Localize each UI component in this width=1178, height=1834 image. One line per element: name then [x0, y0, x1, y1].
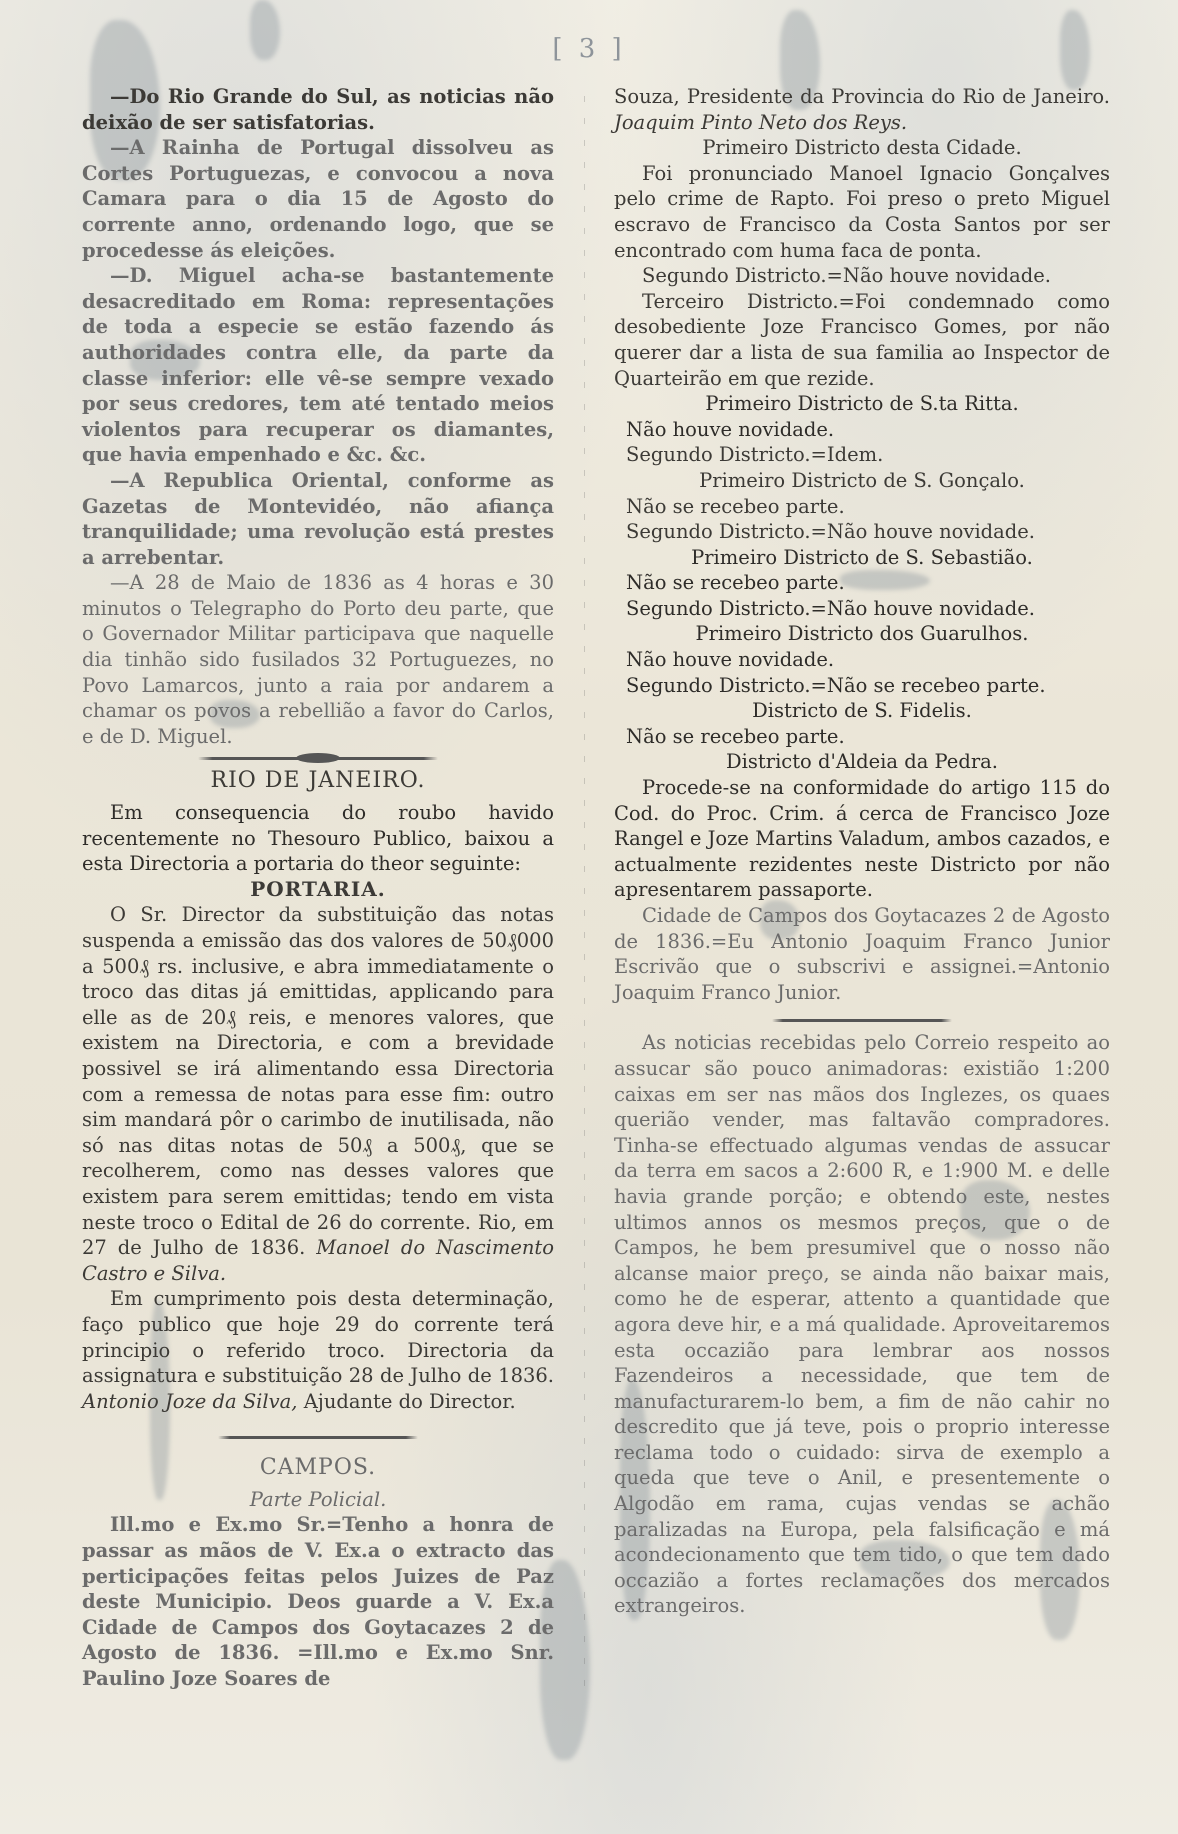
district-entry: Procede-se na conformidade do artigo 115… [614, 775, 1110, 903]
district-title: Districto d'Aldeia da Pedra. [614, 749, 1110, 775]
news-item: —A 28 de Maio de 1836 as 4 horas e 30 mi… [82, 570, 554, 749]
news-item: —A Republica Oriental, conforme as Gazet… [82, 468, 554, 570]
followup-body: Em cumprimento pois desta determinação, … [82, 1287, 554, 1387]
news-item: —A Rainha de Portugal dissolveu as Corte… [82, 135, 554, 263]
right-column: Souza, Presidente da Provincia do Rio de… [614, 84, 1110, 1619]
continuation-body: Souza, Presidente da Provincia do Rio de… [614, 85, 1110, 108]
sugar-news: As noticias recebidas pelo Correio respe… [614, 1030, 1110, 1619]
portaria-title: PORTARIA. [82, 877, 554, 903]
section-heading-rio: RIO DE JANEIRO. [82, 768, 554, 794]
district-title: Districto de S. Fidelis. [614, 698, 1110, 724]
district-title: Primeiro Districto de S. Gonçalo. [614, 468, 1110, 494]
followup-title: Ajudante do Director. [304, 1390, 516, 1413]
district-entry: Segundo Districto.=Idem. [614, 442, 1110, 468]
district-entry: Não se recebeo parte. [614, 570, 1110, 596]
section-divider [218, 1436, 418, 1439]
rio-intro: Em consequencia do roubo havido recentem… [82, 800, 554, 877]
continuation-text: Souza, Presidente da Provincia do Rio de… [614, 84, 1110, 135]
district-entry: Segundo Districto.=Não houve novidade. [614, 263, 1110, 289]
news-item: —D. Miguel acha-se bastantemente desacre… [82, 263, 554, 468]
district-entry: Segundo Districto.=Não se recebeo parte. [614, 673, 1110, 699]
continuation-signature: Joaquim Pinto Neto dos Reys. [614, 111, 907, 134]
district-entry: Não se recebeo parte. [614, 494, 1110, 520]
district-entry: Foi pronunciado Manoel Ignacio Gonçalves… [614, 161, 1110, 263]
district-entry: Segundo Districto.=Não houve novidade. [614, 596, 1110, 622]
section-divider [198, 757, 438, 760]
district-entry: Terceiro Districto.=Foi condemnado como … [614, 289, 1110, 391]
section-divider [772, 1019, 952, 1022]
left-column: —Do Rio Grande do Sul, as noticias não d… [82, 84, 554, 1692]
district-entry: Segundo Districto.=Não houve novidade. [614, 519, 1110, 545]
campos-text: Ill.mo e Ex.mo Sr.=Tenho a honra de pass… [82, 1512, 554, 1691]
portaria-body: O Sr. Director da substituição das notas… [82, 903, 554, 1259]
followup-text: Em cumprimento pois desta determinação, … [82, 1286, 554, 1414]
district-title: Primeiro Districto de S. Sebastião. [614, 545, 1110, 571]
section-heading-campos: CAMPOS. [82, 1455, 554, 1481]
district-title: Primeiro Districto desta Cidade. [614, 135, 1110, 161]
district-entry: Não se recebeo parte. [614, 724, 1110, 750]
followup-signature: Antonio Joze da Silva, [82, 1390, 298, 1413]
district-entry: Não houve novidade. [614, 417, 1110, 443]
district-title: Primeiro Districto dos Guarulhos. [614, 621, 1110, 647]
closing-text: Cidade de Campos dos Goytacazes 2 de Ago… [614, 903, 1110, 1005]
news-item: —Do Rio Grande do Sul, as noticias não d… [82, 84, 554, 135]
page-number: [ 3 ] [0, 34, 1178, 64]
column-divider [584, 96, 585, 1696]
portaria-text: O Sr. Director da substituição das notas… [82, 902, 554, 1286]
district-entry: Não houve novidade. [614, 647, 1110, 673]
district-title: Primeiro Districto de S.ta Ritta. [614, 391, 1110, 417]
campos-subheading: Parte Policial. [82, 1487, 554, 1513]
